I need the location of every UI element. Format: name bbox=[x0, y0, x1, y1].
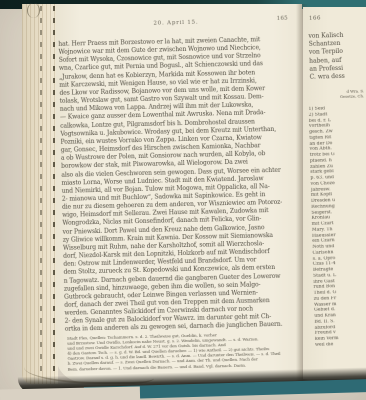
text-line: C. wra dess bbox=[310, 72, 366, 82]
left-page-content: 20. April 15. 165 hat. Herr Praess mit B… bbox=[51, 0, 306, 383]
text-line: Gesetze, Ch. bbox=[306, 94, 364, 100]
page-number: 166 bbox=[309, 15, 321, 21]
page-number: 165 bbox=[277, 16, 288, 22]
book-photo: 20. April 15. 165 hat. Herr Praess mit B… bbox=[0, 0, 366, 400]
page-curl-mark bbox=[27, 3, 40, 18]
citation-block: d Wra. S.Gesetze, Ch. bbox=[306, 89, 364, 100]
page-edge-shadow-line bbox=[40, 6, 42, 378]
table-surface bbox=[0, 387, 140, 400]
text-line: weil die bbox=[315, 341, 366, 348]
left-page: 20. April 15. 165 hat. Herr Praess mit B… bbox=[56, 4, 302, 382]
body-text-block: von KalischSchantzenvon Terpilohaben, au… bbox=[308, 31, 366, 82]
running-header-title: 20. April 15. bbox=[62, 18, 290, 29]
right-page-content: 166 von KalischSchantzenvon Terpilohaben… bbox=[300, 5, 366, 379]
footnote-block: 1) Seid2) Stadtbei d. r. Lvortheilhgesch… bbox=[308, 105, 366, 348]
running-header: 20. April 15. 165 bbox=[62, 18, 290, 33]
body-text-block: hat. Herr Praess mit Borzestowo er la ha… bbox=[58, 35, 300, 334]
right-page-fragment: 166 von KalischSchantzenvon Terpilohaben… bbox=[303, 7, 366, 379]
